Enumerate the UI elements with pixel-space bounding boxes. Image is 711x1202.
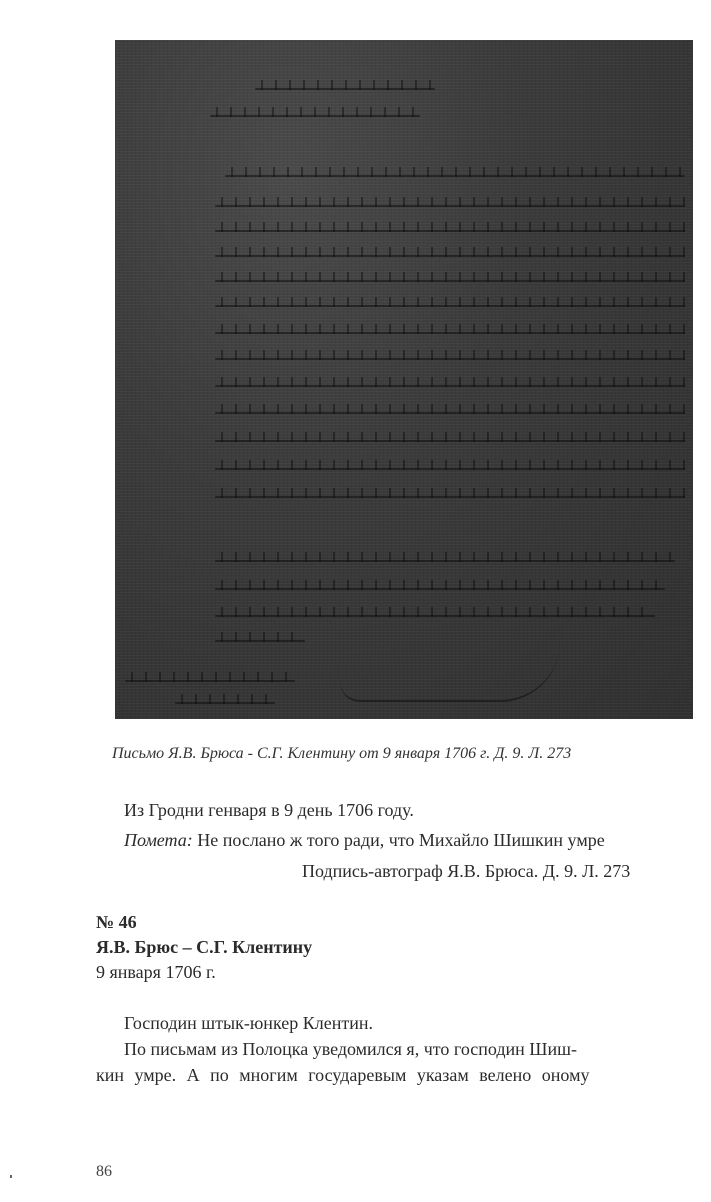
handwriting-line [255,88,435,90]
letter-paragraph-line: кин умре. А по многим государевым указам… [96,1065,589,1086]
signature-reference: Подпись-автограф Я.В. Брюса. Д. 9. Л. 27… [302,861,630,882]
handwriting-line [215,385,685,387]
letter-paragraph-line: По письмам из Полоцка уведомился я, что … [124,1039,577,1060]
handwriting-line [215,496,685,498]
place-date-line: Из Гродни генваря в 9 день 1706 году. [124,800,414,821]
figure-caption: Письмо Я.В. Брюса - С.Г. Клентину от 9 я… [112,745,711,763]
signature-mark [340,630,560,702]
handwriting-line [225,175,685,177]
handwriting-line [215,640,305,642]
page-number: 86 [96,1163,112,1181]
handwriting-line [215,255,685,257]
document-number: № 46 [96,912,137,933]
handwriting-line [215,305,685,307]
document-date: 9 января 1706 г. [96,962,216,983]
handwriting-line [125,680,295,682]
handwriting-line [215,615,655,617]
handwriting-line [175,702,275,704]
handwriting-line [215,468,685,470]
handwriting-line [215,560,675,562]
handwriting-line [215,588,665,590]
handwriting-line [215,358,685,360]
note-label: Помета: [124,830,193,850]
handwriting-line [215,230,685,232]
handwriting-line [215,280,685,282]
handwriting-line [215,205,685,207]
handwriting-line [215,440,685,442]
note-text: Не послано ж того ради, что Михайло Шишк… [193,830,605,850]
handwriting-line [215,412,685,414]
scan-artifact [10,1175,12,1178]
manuscript-photo [115,40,693,719]
handwriting-line [215,332,685,334]
handwriting-line [210,115,420,117]
letter-salutation: Господин штык-юнкер Клентин. [124,1013,373,1034]
document-title: Я.В. Брюс – С.Г. Клентину [96,937,312,958]
note-line: Помета: Не послано ж того ради, что Миха… [124,830,605,851]
